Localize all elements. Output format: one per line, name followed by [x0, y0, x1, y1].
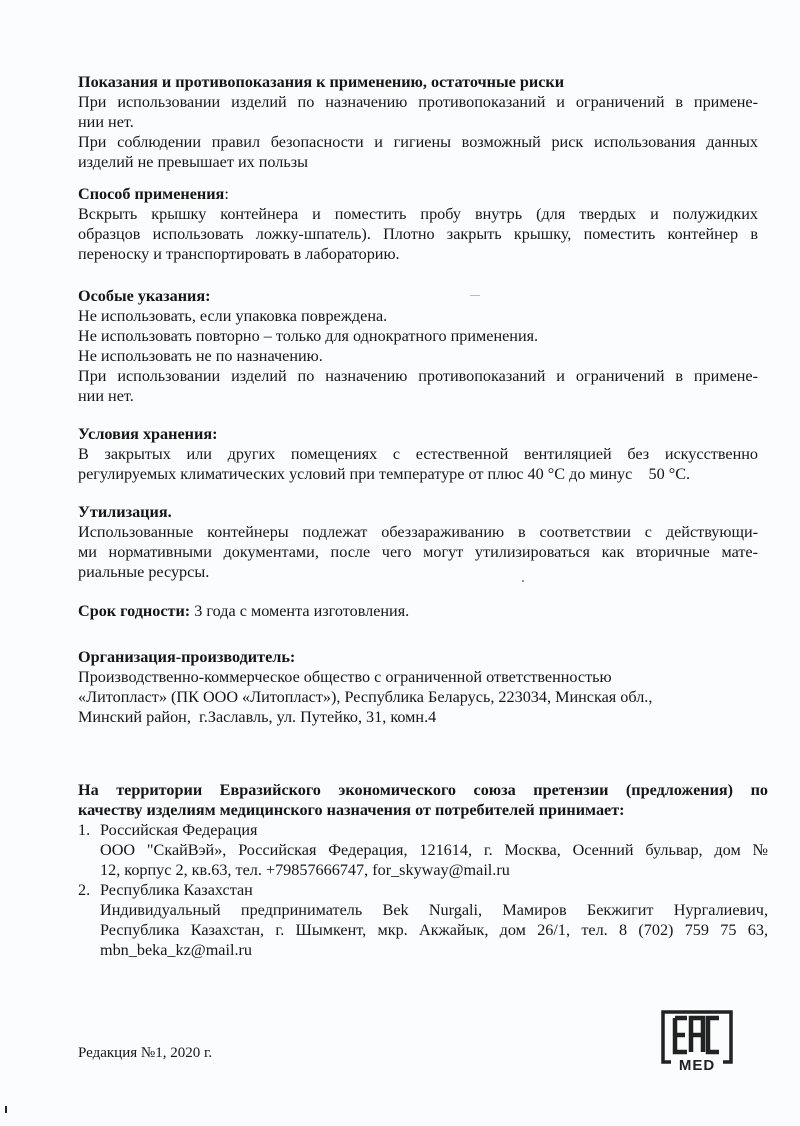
section-usage-method: Способ применения: Вскрыть крышку контей…	[78, 184, 758, 264]
text-line: нии нет.	[78, 112, 758, 132]
text-line: образцов использовать ложку-шпатель). Пл…	[78, 224, 758, 244]
claims-country: Российская Федерация	[100, 820, 768, 840]
text-line: ми нормативными документами, после чего …	[78, 542, 758, 562]
text-line: В закрытых или других помещениях с естес…	[78, 444, 758, 464]
text-line: Минский район, г.Заславль, ул. Путейко, …	[78, 707, 758, 727]
text-line: нии нет.	[78, 386, 758, 406]
scan-artifact	[5, 1106, 7, 1113]
shelf-life-value: 3 года с момента изготовления.	[190, 602, 409, 620]
section-heading: Утилизация.	[78, 502, 758, 522]
text-line: Использованные контейнеры подлежат обезз…	[78, 522, 758, 542]
text-line: ООО "СкайВэй», Российская Федерация, 121…	[100, 840, 768, 860]
section-heading: Показания и противопоказания к применени…	[78, 72, 758, 92]
text-line: Не использовать повторно – только для од…	[78, 326, 758, 346]
revision-note: Редакция №1, 2020 г.	[78, 1043, 212, 1063]
text-line: При использовании изделий по назначению …	[78, 366, 758, 386]
claims-list-item: 1. Российская Федерация ООО "СкайВэй», Р…	[78, 820, 768, 880]
text-line: переноску и транспортировать в лаборатор…	[78, 244, 758, 264]
list-number: 2.	[78, 880, 98, 900]
claims-country: Республика Казахстан	[100, 880, 768, 900]
heading-suffix: :	[224, 185, 229, 203]
text-line: изделий не превышает их пользы	[78, 152, 758, 172]
text-line: Не использовать, если упаковка поврежден…	[78, 306, 758, 326]
text-line: mbn_beka_kz@mail.ru	[100, 940, 768, 960]
text-line: Республика Казахстан, г. Шымкент, мкр. А…	[100, 920, 768, 940]
section-heading: Организация-производитель:	[78, 647, 758, 667]
section-heading-wrap: Способ применения:	[78, 184, 758, 204]
text-line: Вскрыть крышку контейнера и поместить пр…	[78, 204, 758, 224]
section-storage-conditions: Условия хранения: В закрытых или других …	[78, 424, 758, 484]
scan-speck	[522, 580, 524, 582]
text-line: Индивидуальный предприниматель Bek Nurga…	[100, 900, 768, 920]
section-disposal: Утилизация. Использованные контейнеры по…	[78, 502, 758, 582]
section-heading: Срок годности:	[78, 602, 190, 620]
shelf-life-line: Срок годности: 3 года с момента изготовл…	[78, 601, 758, 621]
claims-list-item: 2. Республика Казахстан Индивидуальный п…	[78, 880, 768, 960]
claims-heading-line: На территории Евразийского экономическог…	[78, 780, 768, 800]
eac-med-logo-icon: MED	[661, 1010, 733, 1072]
text-line: Не использовать не по назначению.	[78, 346, 758, 366]
text-line: риальные ресурсы.	[78, 562, 758, 582]
section-manufacturer: Организация-производитель: Производствен…	[78, 647, 758, 727]
text-line: Производственно-коммерческое общество с …	[78, 667, 758, 687]
svg-text:MED: MED	[679, 1057, 715, 1072]
section-heading: Способ применения	[78, 185, 224, 203]
section-indications: Показания и противопоказания к применени…	[78, 72, 758, 172]
text-line: При использовании изделий по назначению …	[78, 92, 758, 112]
section-heading: Условия хранения:	[78, 424, 758, 444]
text-line: регулируемых климатических условий при т…	[78, 464, 758, 484]
section-heading: Особые указания:	[78, 286, 758, 306]
text-line: При соблюдении правил безопасности и гиг…	[78, 132, 758, 152]
section-claims: На территории Евразийского экономическог…	[78, 780, 768, 960]
section-shelf-life: Срок годности: 3 года с момента изготовл…	[78, 601, 758, 621]
text-line: «Литопласт» (ПК ООО «Литопласт»), Респуб…	[78, 687, 758, 707]
document-page: Показания и противопоказания к применени…	[0, 0, 800, 1126]
claims-heading-line: качеству изделиям медицинского назначени…	[78, 800, 768, 820]
text-line: 12, корпус 2, кв.63, тел. +79857666747, …	[100, 860, 768, 880]
list-number: 1.	[78, 820, 98, 840]
section-special-instructions: Особые указания: Не использовать, если у…	[78, 286, 758, 406]
scan-speck	[470, 295, 480, 296]
